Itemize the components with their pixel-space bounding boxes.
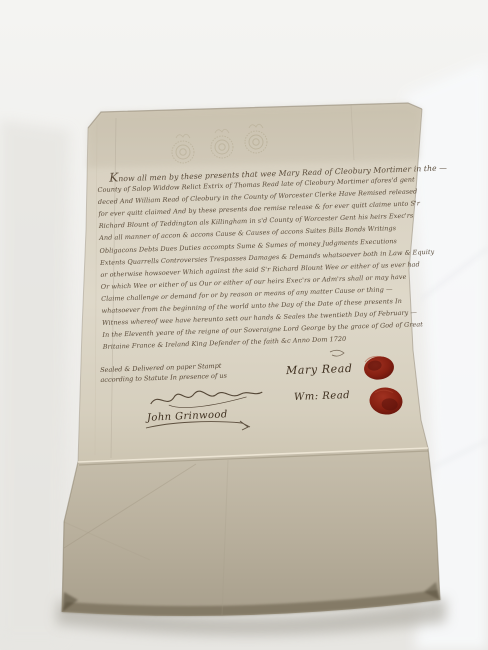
- signature-wm-read: Wm: Read: [294, 390, 350, 403]
- signature-mary-read: Mary Read: [286, 362, 353, 377]
- paper-bottom-flap: [62, 448, 440, 616]
- backdrop-left-shade: [0, 120, 70, 640]
- manuscript-text-block: Know all men by these presents that wee …: [97, 161, 421, 353]
- photograph-of-deed: Know all men by these presents that wee …: [0, 0, 488, 650]
